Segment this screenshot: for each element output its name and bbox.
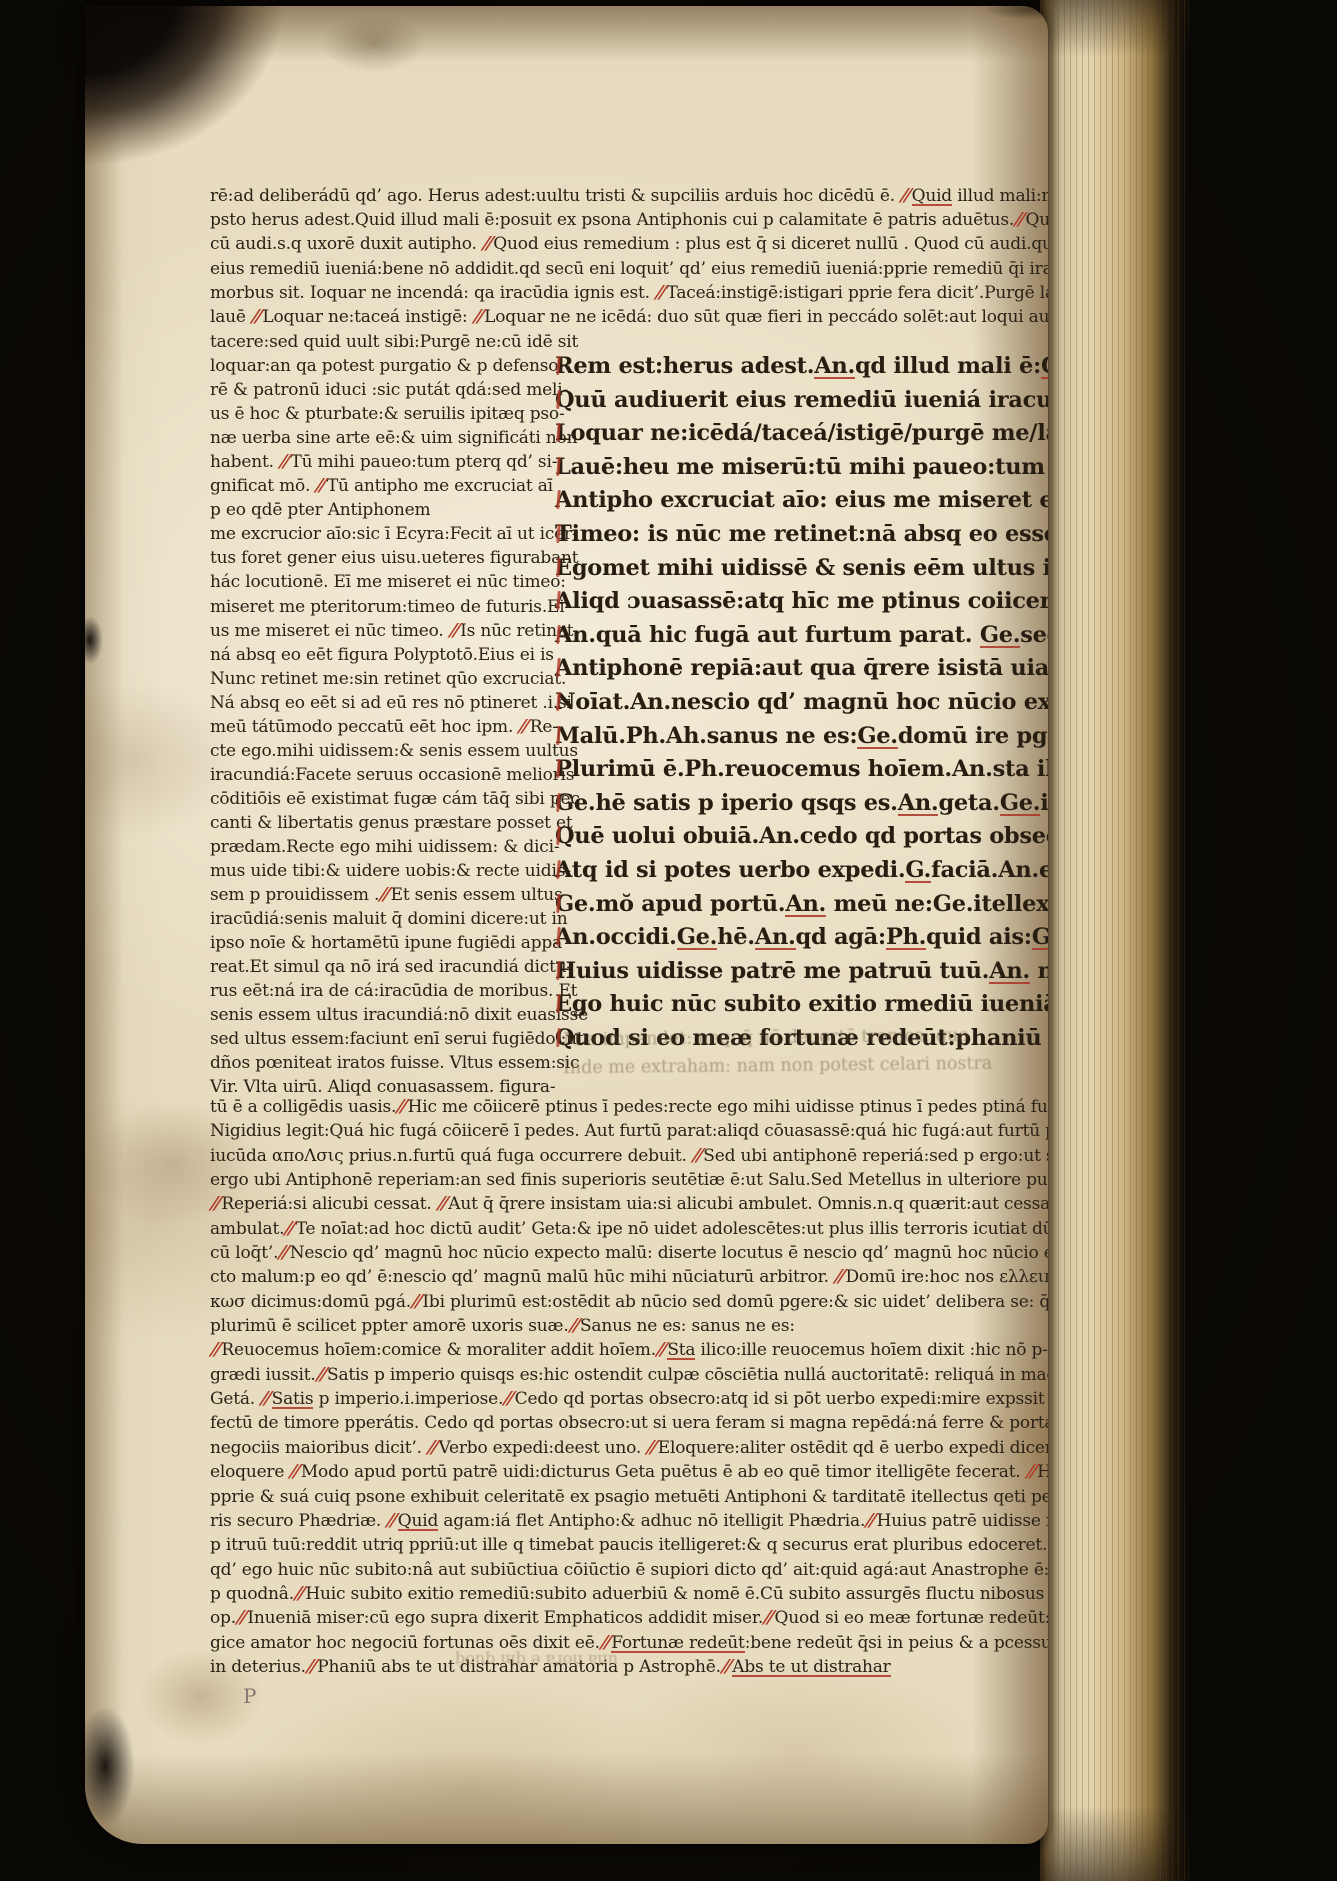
commentary-line: loquar:an qa potest purgatio & p defenso… [210, 354, 556, 378]
commentary-line: iracūdiá:senis maluit q̄ domini dicere:u… [210, 907, 556, 931]
commentary-line: tū ē a colligēdis uasis.//Hic me cōiicer… [210, 1095, 1034, 1119]
commentary-line: Nunc retinet me:sin retinet qūo excrucia… [210, 667, 556, 691]
commentary-line: næ uerba sine arte eē:& uim significáti … [210, 426, 556, 450]
commentary-line: Nigidius legit:Quá hic fugá cōiicerē ī p… [210, 1119, 1034, 1143]
pilcrow-rubric-mark: // [393, 1094, 410, 1120]
edge-wear-mark [85, 1706, 135, 1826]
commentary-line: cū audi.s.q uxorē duxit autipho. //Quod … [210, 232, 1032, 256]
show-through-text: M a impendet: neq; q̄ nū deuortē tronice… [563, 1026, 969, 1050]
pilcrow-rubric-mark: // [257, 1387, 274, 1413]
pilcrow-rubric-mark: // [407, 1289, 424, 1315]
pilcrow-rubric-mark: // [862, 1508, 879, 1534]
pilcrow-rubric-mark: // [206, 1192, 223, 1218]
commentary-line: senis essem ultus iracundiá:nō dixit eua… [210, 1003, 556, 1027]
commentary-line: in deterius.//Phaniū abs te ut distrahar… [210, 1655, 1034, 1679]
commentary-line: sem p prouidissem .//Et senis essem ultu… [210, 883, 556, 907]
commentary-line: p eo qdē pter Antiphonem [210, 498, 556, 522]
commentary-line: iucūda αποΛσις prius.n.furtū quá fuga oc… [210, 1144, 1034, 1168]
pilcrow-rubric-mark: // [651, 280, 668, 305]
pilcrow-rubric-mark: // [433, 1192, 450, 1218]
verse-line: Quū audiuerit eius remediū iueniá iracun… [555, 384, 1023, 418]
verse-line: An.quā hic fugā aut furtum parat. Ge.sed… [555, 619, 1023, 653]
verse-line: Huius uidisse patrē me patruū tuū.An. ná… [555, 955, 1023, 989]
rubricated-word: An. [989, 958, 1030, 984]
verse-line: Ge.hē satis p iperio qsqs es.An.geta.Ge.… [555, 787, 1023, 821]
commentary-line: cū loq̄t’.//Nescio qd’ magnū hoc nūcio e… [210, 1241, 1034, 1265]
commentary-line: cto malum:p eo qd’ ē:nescio qd’ magnū ma… [210, 1265, 1034, 1289]
commentary-line: us me miseret ei nūc timeo. //Is nūc ret… [210, 619, 556, 643]
signature-mark: P [243, 1684, 256, 1708]
verse-line: Plurimū ē.Ph.reuocemus hoīem.An.sta ilic… [555, 753, 1023, 787]
commentary-line: habent. //Tū mihi paueo:tum pterq qd’ si… [210, 450, 556, 474]
pilcrow-rubric-mark: // [376, 882, 393, 907]
pilcrow-rubric-mark: // [312, 1362, 329, 1388]
show-through-text: una hora e q̄m quoq̄ [455, 1651, 618, 1670]
photo-backdrop: rē:ad deliberádū qd’ ago. Herus adest:uu… [0, 0, 1337, 1881]
pilcrow-rubric-mark: // [478, 232, 495, 257]
rubricated-word: An. [898, 790, 939, 816]
rubricated-word: An. [814, 353, 855, 379]
book-page: rē:ad deliberádū qd’ ago. Herus adest:uu… [85, 6, 1048, 1844]
verse-line: Loquar ne:icēdá/taceá/istigē/purgē me/la… [555, 417, 1023, 451]
commentary-line: eius remediū iueniá:bene nō addidit.qd s… [210, 257, 1032, 281]
pilcrow-rubric-mark: // [1010, 208, 1027, 233]
terence-verse-column: Rem est:herus adest.An.qd illud mali ē:G… [555, 350, 1023, 1055]
commentary-line: lauē //Loquar ne:taceá instigē: //Loquar… [210, 305, 1032, 329]
commentary-line: plurimū ē scilicet ppter amorē uxoris su… [210, 1314, 1034, 1338]
verse-line: Lauē:heu me miserū:tū mihi paueo:tum me [555, 451, 1023, 485]
commentary-line: morbus sit. Ioquar ne incendá: qa iracūd… [210, 281, 1032, 305]
commentary-line: gice amator hoc negociū fortunas oēs dix… [210, 1631, 1034, 1655]
commentary-line: me excrucior aīo:sic ī Ecyra:Fecit aī ut… [210, 522, 556, 546]
edge-wear-mark [85, 616, 103, 664]
pilcrow-rubric-mark: // [469, 304, 486, 329]
commentary-line: prædam.Recte ego mihi uidissem: & dici- [210, 835, 556, 859]
commentary-left-column: tacere:sed quid uult sibi:Purgē ne:cū id… [210, 330, 556, 1100]
commentary-line: eloquere //Modo apud portū patrē uidi:di… [210, 1460, 1034, 1484]
commentary-line: mus uide tibi:& uidere uobis:& recte uid… [210, 859, 556, 883]
verse-line: Rem est:herus adest.An.qd illud mali ē:G… [555, 350, 1023, 384]
rubricated-word: Fortunæ redeūt [611, 1633, 744, 1653]
commentary-line: ergo ubi Antiphonē reperiam:an sed finis… [210, 1168, 1034, 1192]
commentary-line: sed ultus essem:faciunt enī serui fugiēd… [210, 1027, 556, 1051]
verse-line: Noīat.An.nescio qd’ magnū hoc nūcio expe… [555, 686, 1023, 720]
commentary-line: //Reperiá:si alicubi cessat. //Aut q̄ q̄… [210, 1192, 1034, 1216]
verse-line: Malū.Ph.Ah.sanus ne es:Ge.domū ire pgā u… [555, 720, 1023, 754]
pilcrow-rubric-mark: // [445, 618, 462, 643]
pilcrow-rubric-mark: // [247, 304, 264, 329]
commentary-line: meū tátūmodo peccatū eēt hoc ipm. //Re- [210, 715, 556, 739]
verse-line: Antiphonē repiā:aut qua q̄rere isistā ui… [555, 652, 1023, 686]
commentary-line: Ná absq eo eēt si ad eū res nō ptineret … [210, 691, 556, 715]
pilcrow-rubric-mark: // [286, 1460, 303, 1486]
pilcrow-rubric-mark: // [759, 1606, 776, 1632]
pilcrow-rubric-mark: // [312, 474, 329, 499]
rubricated-word: Ph. [886, 924, 926, 950]
rubricated-word: Ge. [677, 924, 717, 950]
commentary-line: ris securo Phædriæ. //Quid agam:iá flet … [210, 1509, 1034, 1533]
adjacent-page-fore-edge [1040, 0, 1190, 1881]
verse-line: Ego huic nūc subito exitio rmediū iueniā… [555, 988, 1023, 1022]
pilcrow-rubric-mark: // [206, 1338, 223, 1364]
verse-line: An.occidi.Ge.hē.An.qd agā:Ph.quid ais:Ge… [555, 921, 1023, 955]
pilcrow-rubric-mark: // [897, 183, 914, 208]
commentary-line: rus eēt:ná ira de cá:iracūdia de moribus… [210, 979, 556, 1003]
pilcrow-rubric-mark: // [281, 1216, 298, 1242]
pilcrow-rubric-mark: // [383, 1508, 400, 1534]
verse-line: Antipho excruciat aīo: eius me miseret e… [555, 484, 1023, 518]
pilcrow-rubric-mark: // [565, 1313, 582, 1339]
commentary-line: rē & patronū iduci :sic putát qdá:sed me… [210, 378, 556, 402]
commentary-line: grædi iussit.//Satis p imperio quisqs es… [210, 1363, 1034, 1387]
verse-line: Ge.mŏ apud portū.An. meū ne:Ge.itellexti… [555, 888, 1023, 922]
pilcrow-rubric-mark: // [643, 1435, 660, 1461]
pilcrow-rubric-mark: // [1022, 1460, 1039, 1486]
commentary-bottom-block: tū ē a colligēdis uasis.//Hic me cōiicer… [210, 1095, 1034, 1679]
commentary-line: gnificat mō. //Tū antipho me excruciat a… [210, 474, 556, 498]
commentary-line: op.//Inueniā miser:cū ego supra dixerit … [210, 1606, 1034, 1630]
verse-line: Atq id si potes uerbo expedi.G.faciā.An.… [555, 854, 1023, 888]
commentary-line: pprie & suá cuiq psone exhibuit celerita… [210, 1485, 1034, 1509]
commentary-line: iracundiá:Facete seruus occasionē melior… [210, 763, 556, 787]
rubricated-word: Satis [272, 1389, 314, 1409]
commentary-line: hác locutionē. Eī me miseret ei nūc time… [210, 570, 556, 594]
commentary-line: tacere:sed quid uult sibi:Purgē ne:cū id… [210, 330, 556, 354]
commentary-line: negociis maioribus dicit’. //Verbo exped… [210, 1436, 1034, 1460]
commentary-line: cōditiōis eē existimat fugæ cám tāq̄ sib… [210, 787, 556, 811]
rubricated-word: G. [905, 857, 931, 883]
commentary-line: rē:ad deliberádū qd’ ago. Herus adest:uu… [210, 184, 1032, 208]
rubricated-word: Ge. [1032, 924, 1048, 950]
commentary-line: ambulat.//Te noīat:ad hoc dictū audit’ G… [210, 1217, 1034, 1241]
commentary-line: us ē hoc & pturbate:& seruilis ipitæq ps… [210, 402, 556, 426]
commentary-line: p itruū tuū:reddit utriq ppriū:ut ille q… [210, 1533, 1034, 1557]
rubricated-word: Ge. [980, 622, 1020, 648]
pilcrow-rubric-mark: // [302, 1654, 319, 1680]
rubricated-word: Ge. [1000, 790, 1040, 816]
commentary-line: dños pœniteat iratos fuisse. Vltus essem… [210, 1051, 556, 1075]
verse-line: Quē uolui obuiā.An.cedo qd portas obsecr… [555, 820, 1023, 854]
commentary-line: psto herus adest.Quid illud mali ē:posui… [210, 208, 1032, 232]
pilcrow-rubric-mark: // [515, 714, 532, 739]
rubricated-word: Quid [912, 186, 952, 206]
rubricated-word: Sta [667, 1340, 695, 1360]
commentary-line: cte ego.mihi uidissem:& senis essem uult… [210, 739, 556, 763]
commentary-line: tus foret gener eius uisu.ueteres figura… [210, 546, 556, 570]
rubricated-word: Abs te ut distrahar [732, 1657, 890, 1677]
commentary-line: ná absq eo eēt figura Polyptotō.Eius ei … [210, 643, 556, 667]
pilcrow-rubric-mark: // [423, 1435, 440, 1461]
commentary-line: p quodnâ.//Huic subito exitio remediū:su… [210, 1582, 1034, 1606]
commentary-line: fectū de timore pperátis. Cedo qd portas… [210, 1411, 1034, 1435]
verse-line: Timeo: is nūc me retinet:nā absq eo esse… [555, 518, 1023, 552]
pilcrow-rubric-mark: // [688, 1143, 705, 1169]
verse-line: Aliqd ɔuasassē:atq hīc me ptinus coiicer… [555, 585, 1023, 619]
rubricated-word: Ge. [1041, 353, 1048, 379]
rubricated-word: Ge. [857, 723, 897, 749]
commentary-top-block: rē:ad deliberádū qd’ ago. Herus adest:uu… [210, 184, 1032, 329]
show-through-text: Inde me extraham: nam non potest celari … [563, 1054, 992, 1078]
pilcrow-rubric-mark: // [830, 1265, 847, 1291]
commentary-line: κωσ dicimus:domū pgá.//Ibi plurimū est:o… [210, 1290, 1034, 1314]
verse-line: Egomet mihi uidissē & senis eēm ultus ir… [555, 552, 1023, 586]
commentary-line: ipso noīe & hortamētū ipune fugiēdi appa [210, 931, 556, 955]
commentary-line: miseret me pteritorum:timeo de futuris.E… [210, 595, 556, 619]
pilcrow-rubric-mark: // [275, 1240, 292, 1266]
commentary-line: qd’ ego huic nūc subito:nâ aut subiūctiu… [210, 1558, 1034, 1582]
pilcrow-rubric-mark: // [232, 1606, 249, 1632]
commentary-line: //Reuocemus hoīem:comice & moraliter add… [210, 1338, 1034, 1362]
commentary-line: canti & libertatis genus præstare posset… [210, 811, 556, 835]
commentary-line: Getá. //Satis p imperio.i.imperiose.//Ce… [210, 1387, 1034, 1411]
pilcrow-rubric-mark: // [500, 1387, 517, 1413]
rubricated-word: An. [785, 891, 826, 917]
rubricated-word: An. [755, 924, 796, 950]
edge-wear-mark [985, 6, 1048, 20]
pilcrow-rubric-mark: // [290, 1581, 307, 1607]
commentary-line: reat.Et simul qa nō irá sed iracundiá di… [210, 955, 556, 979]
rubricated-word: Quid [398, 1511, 438, 1531]
pilcrow-rubric-mark: // [275, 450, 292, 475]
